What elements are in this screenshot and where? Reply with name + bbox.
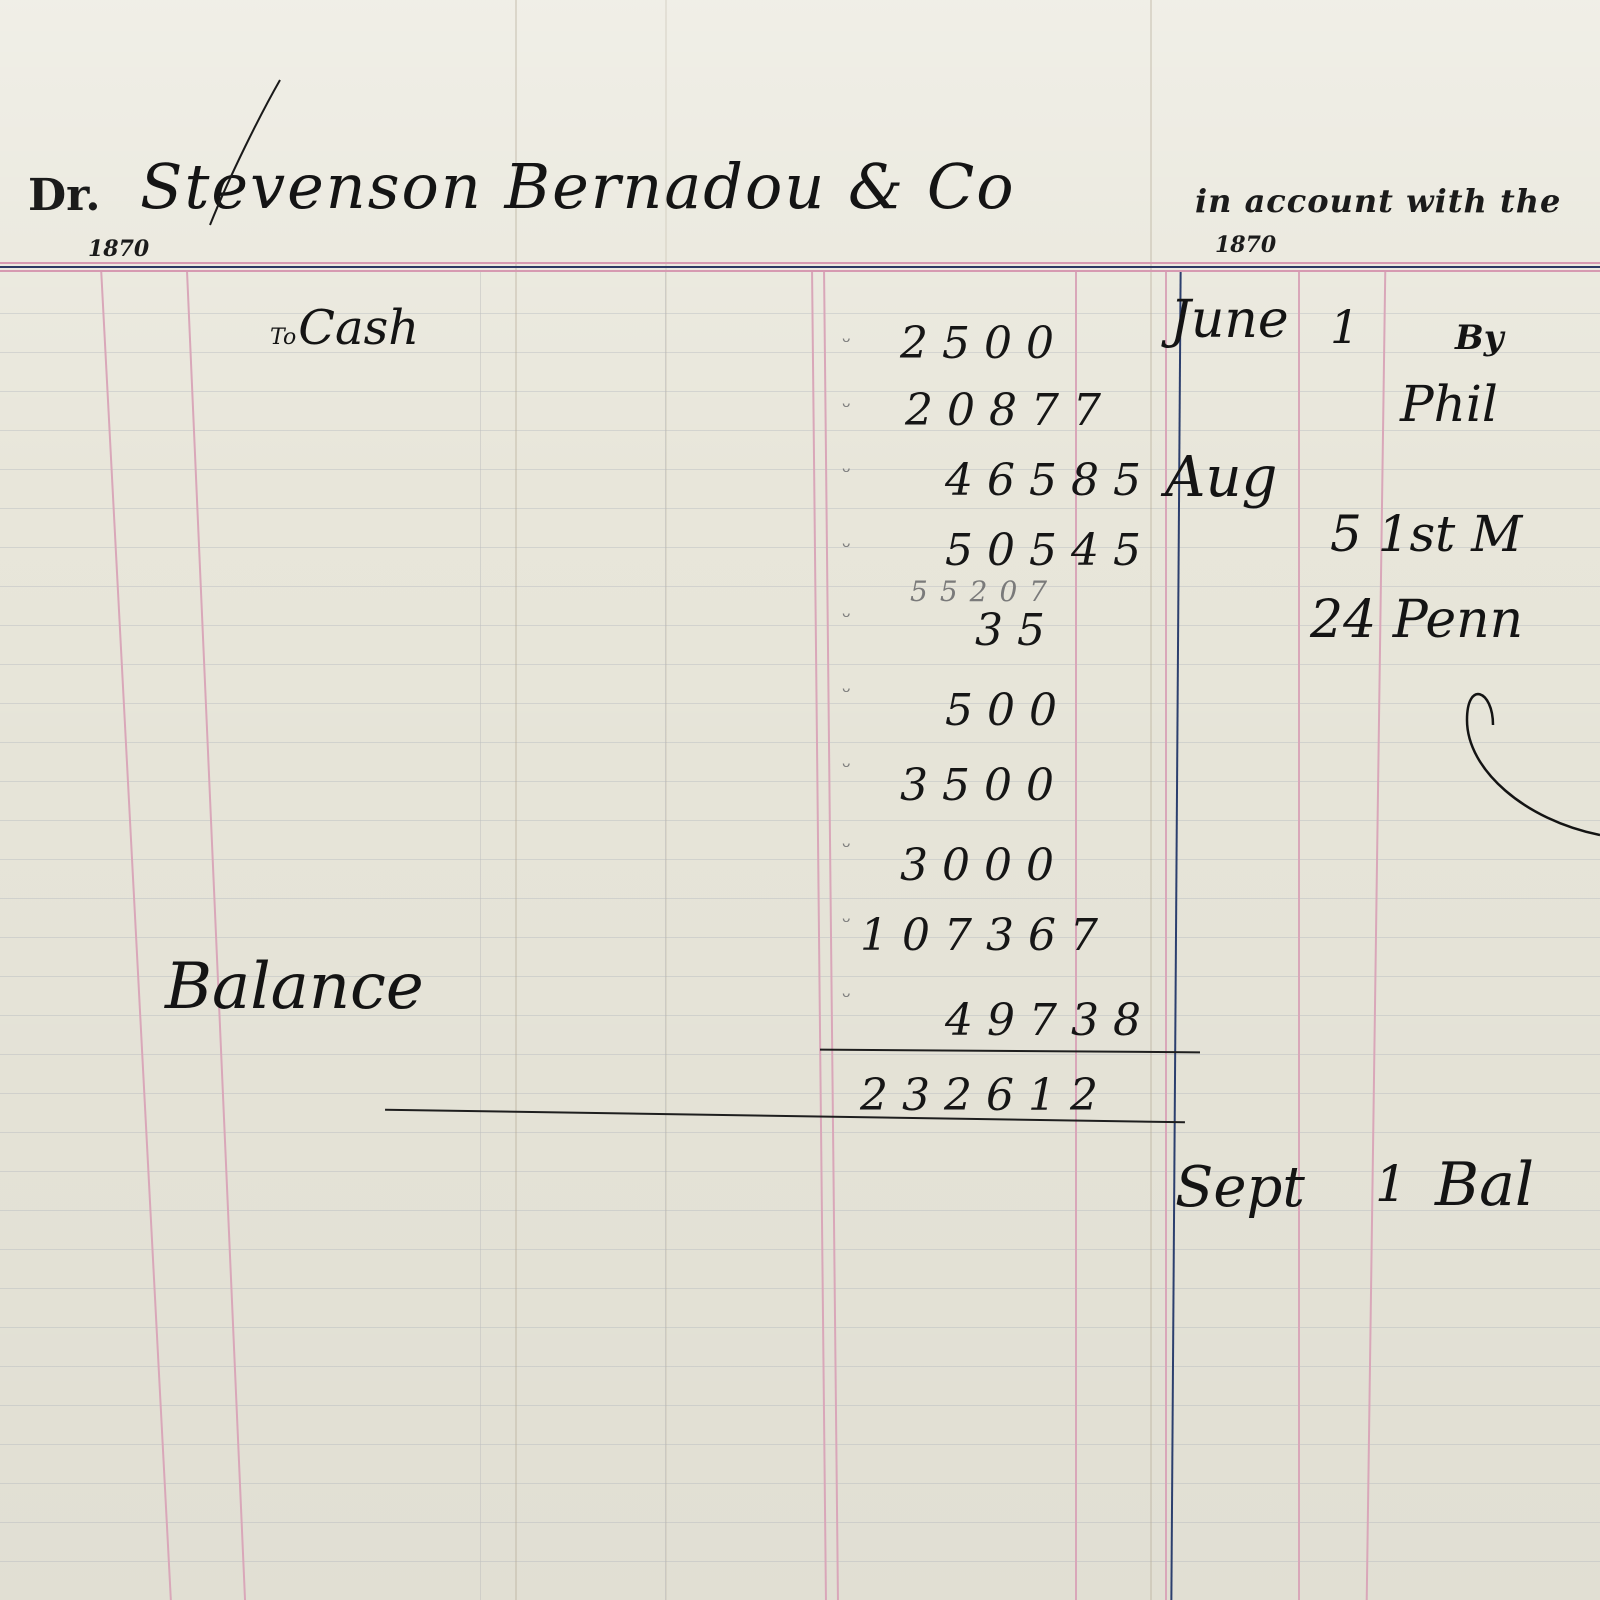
column-rule-faint (480, 270, 481, 1600)
entry-balance: Balance (165, 950, 424, 1024)
checkmark-icon: ᵕ (842, 680, 851, 705)
checkmark-icon: ᵕ (842, 395, 851, 420)
credit-month: Sept (1175, 1155, 1305, 1220)
credit-entry-text: Phil (1400, 375, 1498, 433)
checkmark-icon: ᵕ (842, 755, 851, 780)
credit-entry-text: 5 1st M (1330, 505, 1522, 563)
year-right: 1870 (1215, 232, 1276, 258)
credit-day: 1 (1330, 300, 1359, 354)
amount-row: 3500 (900, 760, 1068, 811)
amount-row: 46585 (945, 455, 1155, 506)
ledger-sheet: Dr. 1870 1870 in account with the Steven… (0, 0, 1600, 1600)
amount-row: 20877 (905, 385, 1115, 436)
checkmark-icon: ᵕ (842, 460, 851, 485)
amount-balance: 49738 (945, 995, 1155, 1046)
brace-flourish-icon (1465, 680, 1600, 840)
paper-fold-line (1150, 0, 1152, 1600)
amount-row: 500 (945, 685, 1071, 736)
column-rule-faint (665, 270, 666, 1600)
credit-month: Aug (1165, 445, 1277, 510)
flourish-icon (190, 75, 310, 235)
column-rule-credit-month (1298, 270, 1300, 1600)
credit-entry-text: 24 Penn (1310, 590, 1523, 650)
account-phrase: in account with the (1195, 182, 1561, 220)
entry-prefix: To (270, 325, 296, 350)
amount-row: 35 (975, 605, 1059, 656)
checkmark-icon: ᵕ (842, 910, 851, 935)
amount-row: 3000 (900, 840, 1068, 891)
checkmark-icon: ᵕ (842, 985, 851, 1010)
amount-total: 232612 (860, 1070, 1112, 1121)
debit-label: Dr. (28, 170, 101, 221)
checkmark-icon: ᵕ (842, 330, 851, 355)
entry-label: Cash (298, 300, 419, 356)
credit-entry-text: Bal (1435, 1150, 1534, 1220)
checkmark-icon: ᵕ (842, 535, 851, 560)
amount-row: 2500 (900, 318, 1068, 369)
checkmark-icon: ᵕ (842, 605, 851, 630)
header-rule (0, 262, 1600, 272)
pencil-subtotal: 55207 (910, 575, 1059, 608)
entry-to-cash: ToCash (270, 300, 419, 356)
credit-prefix: By (1455, 318, 1504, 358)
checkmark-icon: ᵕ (842, 835, 851, 860)
paper-fold-line (515, 0, 517, 1600)
horizontal-ruling (0, 275, 1600, 1600)
amount-row: 50545 (945, 525, 1155, 576)
amount-row: 107367 (860, 910, 1112, 961)
year-left: 1870 (88, 236, 149, 262)
credit-day: 1 (1375, 1155, 1407, 1213)
credit-month: June (1170, 290, 1289, 350)
